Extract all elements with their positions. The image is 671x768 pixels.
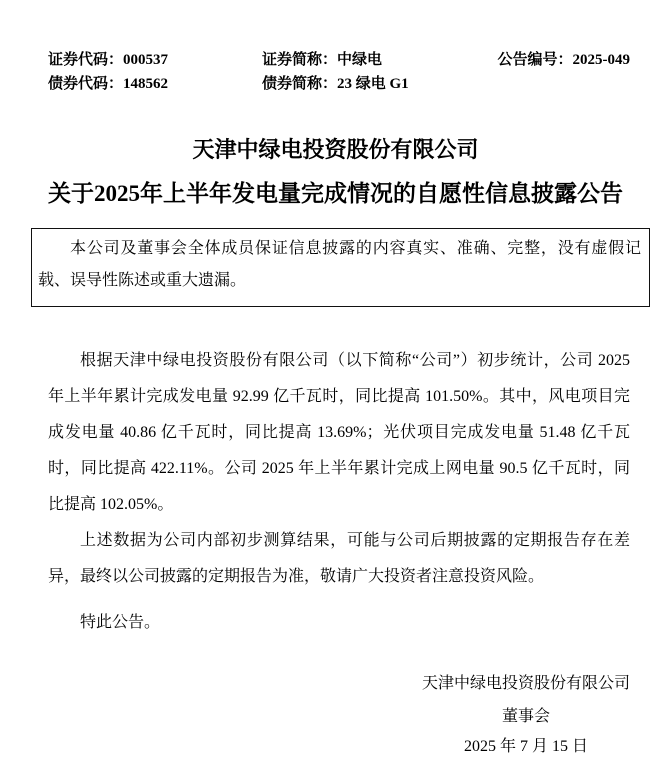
bond-abbr-label: 债券简称：: [262, 76, 337, 92]
announcement-body: 根据天津中绿电投资股份有限公司（以下简称“公司”）初步统计，公司 2025 年上…: [48, 343, 630, 641]
bond-code-cell: 债券代码：148562: [48, 72, 262, 96]
empty-cell: [482, 72, 630, 96]
announcement-no-value: 2025-049: [573, 52, 631, 68]
stock-abbr-value: 中绿电: [337, 52, 382, 68]
stock-abbr-label: 证券简称：: [262, 52, 337, 68]
disclaimer-box: 本公司及董事会全体成员保证信息披露的内容真实、准确、完整，没有虚假记载、误导性陈…: [31, 228, 650, 307]
disclaimer-text: 本公司及董事会全体成员保证信息披露的内容真实、准确、完整，没有虚假记载、误导性陈…: [38, 233, 641, 297]
signature-date: 2025 年 7 月 15 日: [422, 732, 630, 762]
signature-company: 天津中绿电投资股份有限公司: [422, 669, 630, 699]
announcement-document: 证券代码：000537 证券简称：中绿电 公告编号：2025-049 债券代码：…: [0, 0, 671, 768]
announcement-no-cell: 公告编号：2025-049: [482, 48, 630, 72]
stock-code-value: 000537: [123, 52, 168, 68]
announcement-subtitle: 关于2025年上半年发电量完成情况的自愿性信息披露公告: [0, 178, 671, 210]
company-title: 天津中绿电投资股份有限公司: [0, 136, 671, 164]
signature-board: 董事会: [422, 702, 630, 732]
bond-abbr-value: 23 绿电 G1: [337, 76, 409, 92]
securities-meta-header: 证券代码：000537 证券简称：中绿电 公告编号：2025-049 债券代码：…: [48, 48, 630, 96]
announcement-no-label: 公告编号：: [497, 52, 572, 68]
bond-code-label: 债券代码：: [48, 76, 123, 92]
body-paragraph-2: 上述数据为公司内部初步测算结果，可能与公司后期披露的定期报告存在差异，最终以公司…: [48, 523, 630, 595]
stock-code-label: 证券代码：: [48, 52, 123, 68]
body-paragraph-1: 根据天津中绿电投资股份有限公司（以下简称“公司”）初步统计，公司 2025 年上…: [48, 343, 630, 523]
stock-abbr-cell: 证券简称：中绿电: [262, 48, 482, 72]
closing-statement: 特此公告。: [48, 605, 630, 641]
bond-code-value: 148562: [123, 76, 168, 92]
bond-abbr-cell: 债券简称：23 绿电 G1: [262, 72, 482, 96]
stock-code-cell: 证券代码：000537: [48, 48, 262, 72]
signature-block: 天津中绿电投资股份有限公司 董事会 2025 年 7 月 15 日: [422, 669, 630, 762]
